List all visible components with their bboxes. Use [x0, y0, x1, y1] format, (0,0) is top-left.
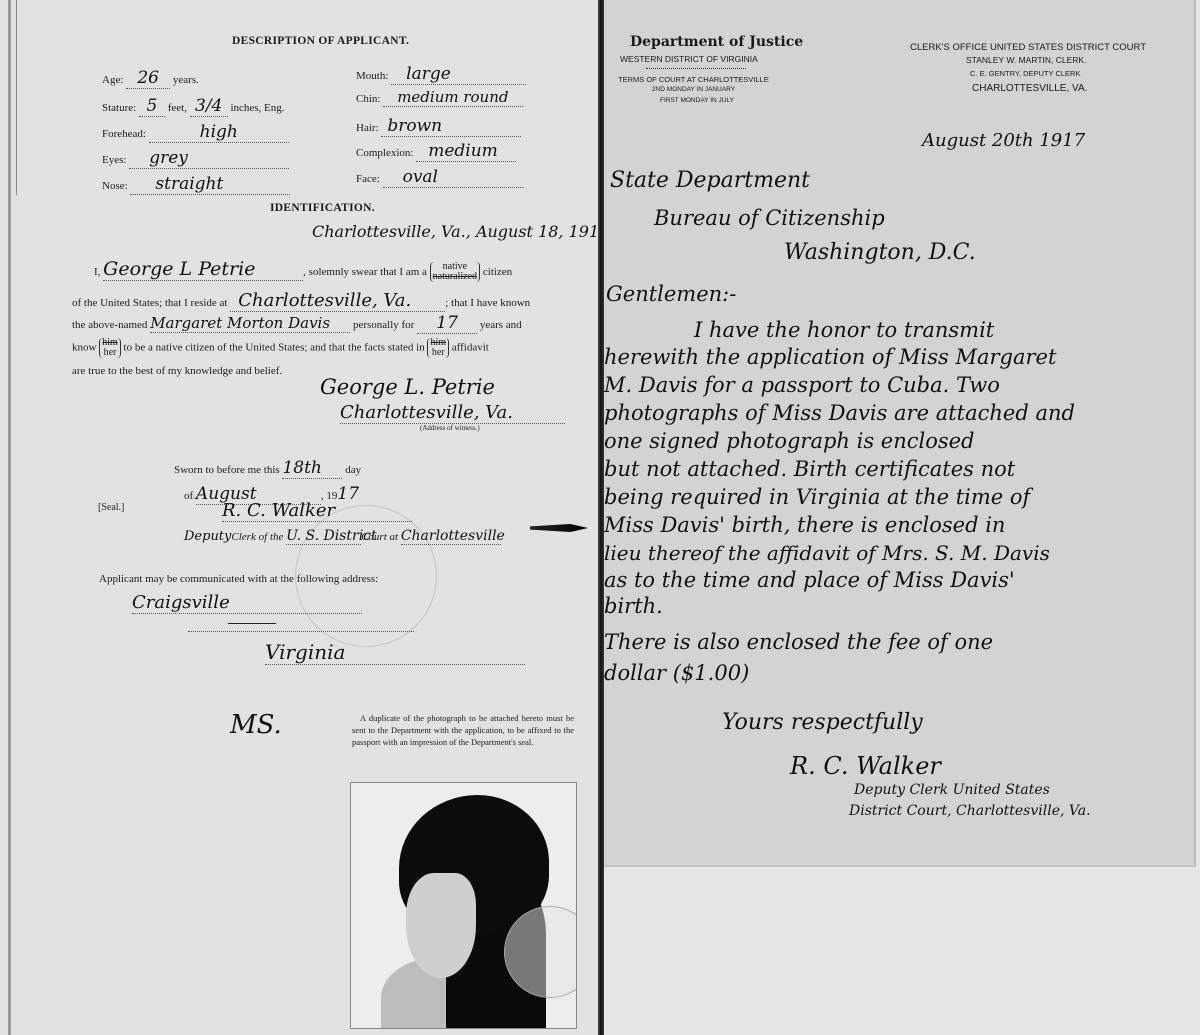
- cover-letter-page: Department of Justice WESTERN DISTRICT O…: [604, 0, 1200, 1035]
- field-age: Age: 26 years.: [102, 68, 199, 89]
- ink-arrow-mark: [530, 524, 588, 532]
- field-hair: Hair: brown: [356, 116, 521, 137]
- body-line-10: as to the time and place of Miss Davis': [604, 568, 1015, 592]
- letter-signature: R. C. Walker: [790, 752, 941, 780]
- body-line-6: but not attached. Birth certificates not: [604, 457, 1015, 481]
- field-chin: Chin: medium round: [356, 88, 523, 107]
- signer-title-1: Deputy Clerk United States: [854, 782, 1050, 798]
- stature-inches-value: 3/4: [195, 96, 222, 116]
- field-mouth: Mouth: large: [356, 64, 526, 85]
- sworn-day: 18th: [282, 458, 321, 478]
- identification-line-1: I, George L Petrie, solemnly swear that …: [94, 258, 512, 282]
- nose-value: straight: [155, 174, 223, 194]
- witness-signature: George L. Petrie: [320, 375, 495, 399]
- body-line-2: herewith the application of Miss Margare…: [604, 345, 1056, 369]
- letterhead-clerks-office: CLERK'S OFFICE UNITED STATES DISTRICT CO…: [910, 42, 1146, 53]
- letter-closing: Yours respectfully: [722, 710, 923, 735]
- letterhead-city: CHARLOTTESVILLE, VA.: [972, 83, 1087, 94]
- mouth-value: large: [406, 64, 451, 84]
- body-line-3: M. Davis for a passport to Cuba. Two: [604, 373, 1000, 397]
- body-line-12: There is also enclosed the fee of one: [604, 630, 993, 654]
- field-stature: Stature: 5 feet, 3/4 inches, Eng.: [102, 96, 285, 117]
- address-line-2: [188, 631, 414, 632]
- applicant-initials: MS.: [230, 710, 282, 740]
- address-line-3: Virginia: [265, 640, 525, 665]
- address-line-1: Craigsville: [132, 592, 362, 614]
- body-line-9: lieu thereof the affidavit of Mrs. S. M.…: [604, 541, 1050, 565]
- witness-residence: Charlottesville, Va.: [238, 290, 411, 311]
- letterhead-term-2: FIRST MONDAY IN JULY: [660, 97, 734, 104]
- identification-line-2: of the United States; that I reside at C…: [72, 290, 530, 312]
- letterhead-terms: TERMS OF COURT AT CHARLOTTESVILLE: [618, 75, 769, 84]
- witness-address-label: (Address of witness.): [420, 424, 480, 432]
- applicant-name: Margaret Morton Davis: [150, 314, 330, 332]
- sworn-line: Sworn to before me this 18th day: [174, 458, 361, 479]
- face-value: oval: [403, 167, 438, 187]
- address-label: Applicant may be communicated with at th…: [99, 573, 378, 585]
- body-line-1: I have the honor to transmit: [694, 318, 994, 342]
- hair-value: brown: [387, 116, 442, 136]
- letterhead-term-1: 2ND MONDAY IN JANUARY: [652, 86, 735, 93]
- identification-line-3: the above-named Margaret Morton Davis pe…: [72, 313, 522, 334]
- identification-line-5: are true to the best of my knowledge and…: [72, 365, 282, 377]
- letterhead-department: Department of Justice: [630, 34, 803, 50]
- body-line-11: birth.: [604, 594, 663, 618]
- chin-value: medium round: [397, 88, 508, 106]
- field-face: Face: oval: [356, 167, 523, 188]
- letter-date: August 20th 1917: [922, 130, 1085, 151]
- addressee-line-1: State Department: [610, 168, 810, 193]
- witness-name: George L Petrie: [103, 258, 255, 280]
- addressee-line-3: Washington, D.C.: [784, 240, 976, 265]
- witness-address: Charlottesville, Va.: [340, 402, 565, 424]
- age-value: 26: [137, 68, 159, 88]
- letterhead-district: WESTERN DISTRICT OF VIRGINIA: [620, 54, 758, 64]
- clerk-court-line: DeputyClerk of the U. S. DistrictCourt a…: [184, 528, 501, 545]
- stature-feet-value: 5: [147, 96, 158, 116]
- court-place: Charlottesville: [401, 528, 505, 544]
- identification-heading: IDENTIFICATION.: [270, 202, 375, 214]
- addressee-line-2: Bureau of Citizenship: [654, 206, 885, 230]
- applicant-photograph: [350, 782, 577, 1029]
- body-line-5: one signed photograph is enclosed: [604, 429, 975, 453]
- field-eyes: Eyes: grey: [102, 148, 289, 169]
- seal-label: [Seal.]: [98, 502, 124, 513]
- clerk-signature: R. C. Walker: [222, 500, 412, 522]
- address-underline: [228, 623, 276, 624]
- letterhead-divider: [646, 68, 746, 69]
- letter-sheet: Department of Justice WESTERN DISTRICT O…: [604, 0, 1196, 867]
- years-known: 17: [436, 313, 458, 333]
- body-line-13: dollar ($1.00): [604, 661, 749, 685]
- field-complexion: Complexion: medium: [356, 141, 516, 162]
- eyes-value: grey: [149, 148, 188, 168]
- body-line-4: photographs of Miss Davis are attached a…: [604, 401, 1075, 425]
- salutation: Gentlemen:-: [606, 282, 736, 306]
- body-line-7: being required in Virginia at the time o…: [604, 485, 1030, 509]
- photo-instruction-note: A duplicate of the photograph to be atta…: [352, 712, 574, 748]
- identification-line-4: know himher to be a native citizen of th…: [72, 338, 489, 358]
- body-line-8: Miss Davis' birth, there is enclosed in: [604, 513, 1005, 537]
- signer-title-2: District Court, Charlottesville, Va.: [849, 803, 1091, 819]
- forehead-value: high: [200, 122, 238, 142]
- complexion-value: medium: [428, 141, 498, 161]
- field-nose: Nose: straight: [102, 174, 290, 195]
- identification-place-date: Charlottesville, Va., August 18, 1917: [312, 222, 609, 241]
- field-forehead: Forehead: high: [102, 122, 289, 143]
- description-heading: DESCRIPTION OF APPLICANT.: [232, 35, 409, 47]
- letterhead-deputy-clerk: C. E. GENTRY, DEPUTY CLERK: [970, 69, 1080, 78]
- letterhead-clerk: STANLEY W. MARTIN, CLERK.: [966, 55, 1086, 65]
- passport-application-page: DESCRIPTION OF APPLICANT. Age: 26 years.…: [0, 0, 600, 1035]
